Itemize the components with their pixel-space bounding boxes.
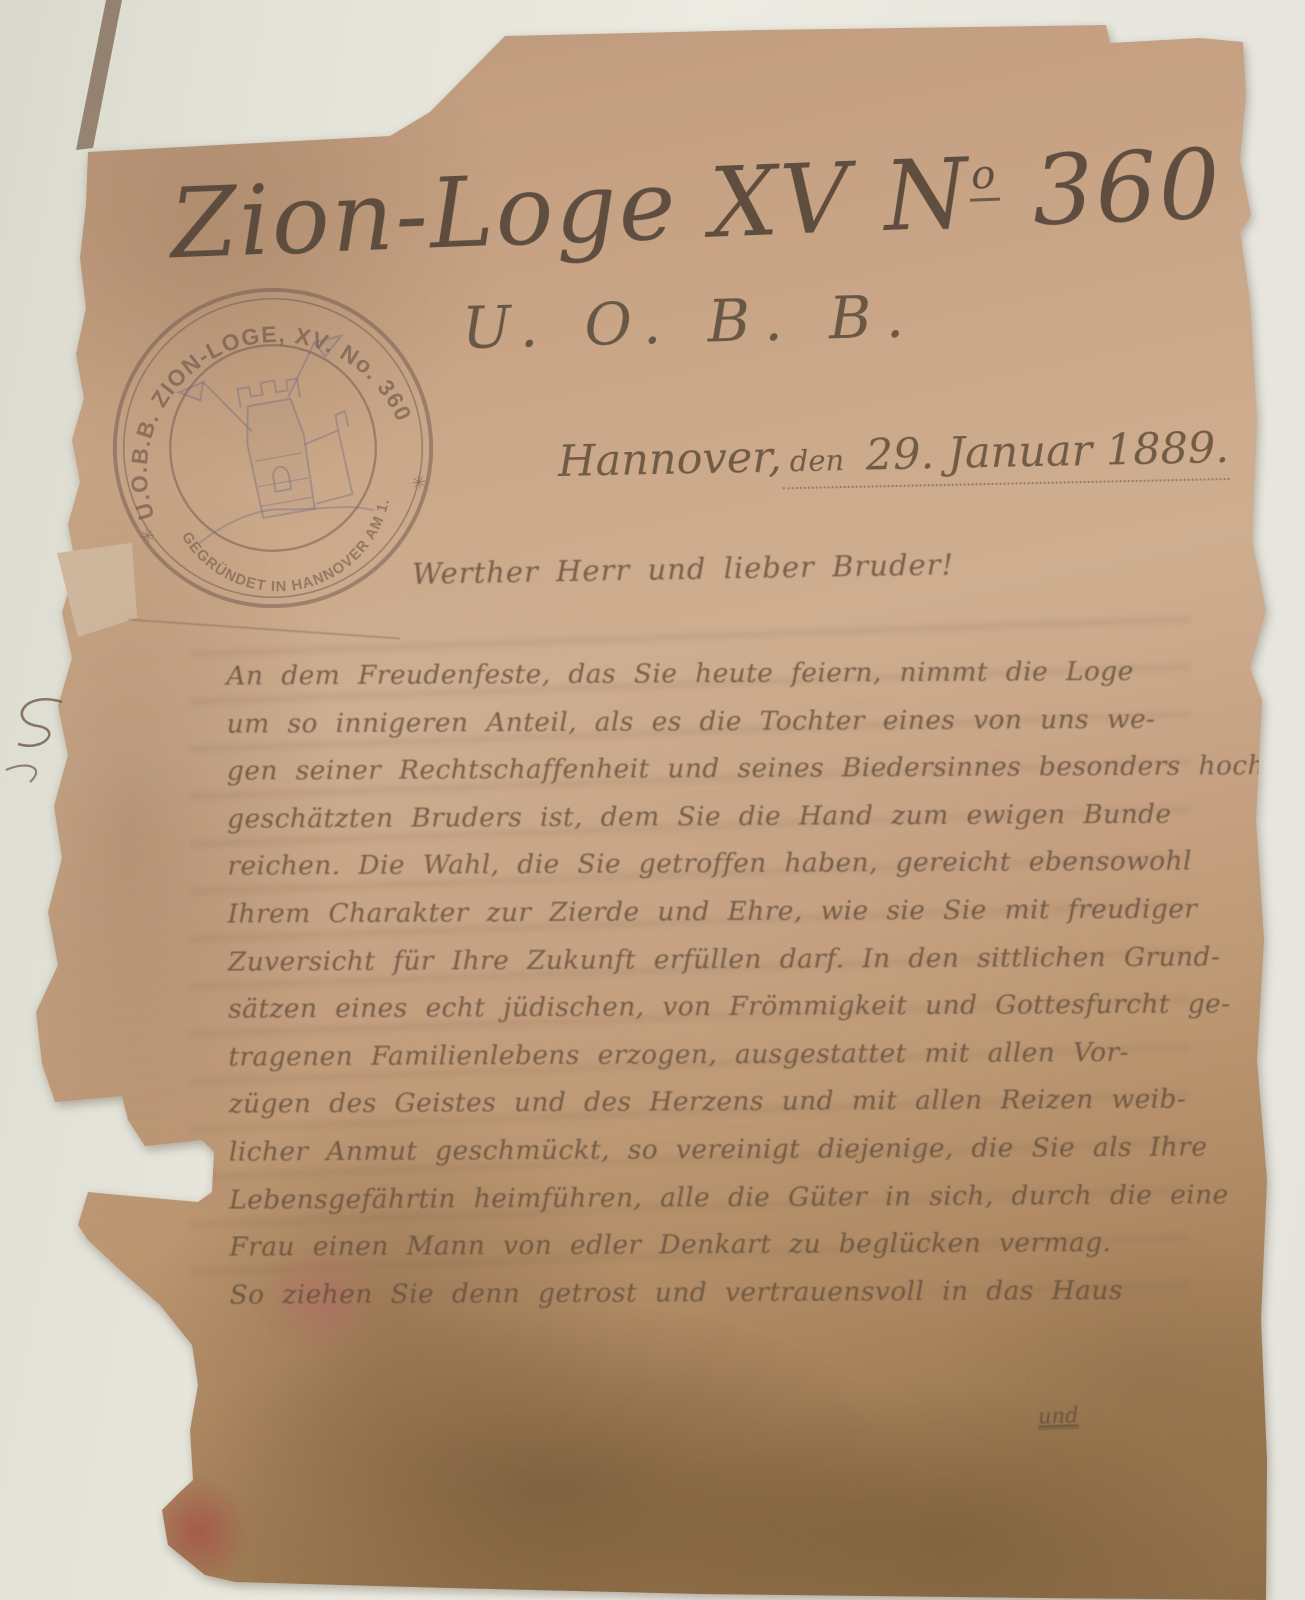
handwriting-line: Zuversicht für Ihre Zukunft erfüllen dar…: [228, 933, 1208, 986]
dateline-date: 29. Januar 1889.: [865, 423, 1229, 481]
dateline-place: Hannover,: [558, 432, 783, 487]
handwriting-line: Lebensgefährtin heimführen, alle die Güt…: [229, 1171, 1209, 1224]
pink-stain-small: [168, 1158, 224, 1206]
red-wax-stain: [148, 1478, 248, 1586]
handwriting-line: Frau einen Mann von edler Denkart zu beg…: [229, 1219, 1209, 1272]
seal-star-right-icon: ✳: [410, 471, 428, 494]
handwriting-line: So ziehen Sie denn getrost und vertrauen…: [230, 1266, 1210, 1319]
paper-sheet: Zion-Loge XV No 360 U. O. B. B. Hannover…: [0, 0, 1305, 1600]
letter-body: An dem Freudenfeste, das Sie heute feier…: [226, 647, 1209, 1318]
lodge-name-title: Zion-Loge XV No 360: [168, 132, 1132, 281]
lodge-number: No 360: [882, 128, 1224, 253]
dateline-den: den: [781, 443, 852, 478]
catchword: und: [1038, 1403, 1079, 1429]
dateline: Hannover,den 29. Januar 1889.: [558, 423, 1230, 487]
handwriting-line: gen seiner Rechtschaffenheit und seines …: [227, 743, 1207, 796]
seal-star-left-icon: ✳: [139, 525, 157, 548]
photo-of-document: { "letterhead": { "lodge_name_script": "…: [0, 0, 1305, 1600]
numero-superscript: o: [968, 151, 1000, 202]
handwriting-line: sätzen eines echt jüdischen, von Frömmig…: [228, 981, 1208, 1034]
salutation: Werther Herr und lieber Bruder!: [412, 547, 955, 590]
handwriting-line: geschätzten Bruders ist, dem Sie die Han…: [227, 790, 1207, 843]
handwriting-line: tragenen Familienlebens erzogen, ausgest…: [228, 1028, 1208, 1081]
handwriting-line: zügen des Geistes und des Herzens und mi…: [229, 1076, 1209, 1129]
handwriting-line: Ihrem Charakter zur Zierde und Ehre, wie…: [228, 885, 1208, 938]
order-initials: U. O. B. B.: [419, 281, 961, 363]
handwriting-line: reichen. Die Wahl, die Sie getroffen hab…: [227, 838, 1207, 891]
handwriting-line: um so innigeren Anteil, als es die Tocht…: [227, 695, 1207, 748]
thread-fibers-icon: [0, 688, 80, 798]
handwriting-line: licher Anmut geschmückt, so vereinigt di…: [229, 1123, 1209, 1176]
letter-paper: Zion-Loge XV No 360 U. O. B. B. Hannover…: [0, 0, 1305, 1600]
lodge-name-text: Zion-Loge XV: [168, 142, 853, 280]
handwriting-line: An dem Freudenfeste, das Sie heute feier…: [226, 647, 1206, 700]
